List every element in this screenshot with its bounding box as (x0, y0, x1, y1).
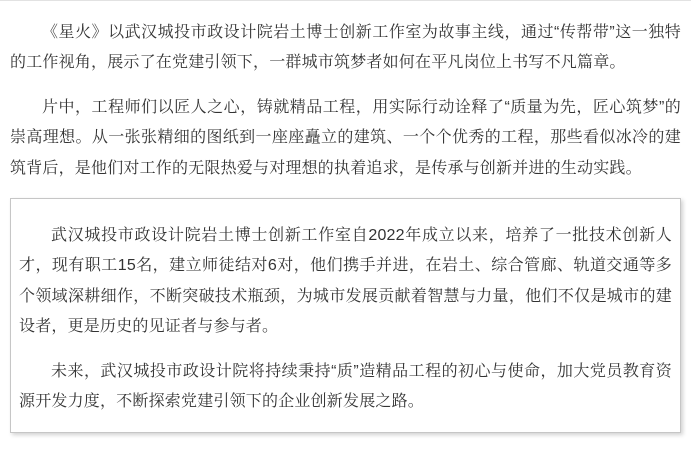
highlight-paragraph-future: 未来，武汉城投市政设计院将持续秉持“质”造精品工程的初心与使命，加大党员教育资源… (19, 357, 672, 418)
article-paragraph-craftsmanship: 片中，工程师们以匠人之心，铸就精品工程，用实际行动诠释了“质量为先，匠心筑梦”的… (10, 93, 681, 184)
article-body: 《星火》以武汉城投市政设计院岩土博士创新工作室为故事主线，通过“传帮带”这一独特… (0, 0, 691, 461)
article-paragraph-intro: 《星火》以武汉城投市政设计院岩土博士创新工作室为故事主线，通过“传帮带”这一独特… (10, 18, 681, 79)
highlight-paragraph-studio: 武汉城投市政设计院岩土博士创新工作室自2022年成立以来，培养了一批技术创新人才… (19, 221, 672, 343)
highlight-box: 武汉城投市政设计院岩土博士创新工作室自2022年成立以来，培养了一批技术创新人才… (10, 198, 681, 433)
